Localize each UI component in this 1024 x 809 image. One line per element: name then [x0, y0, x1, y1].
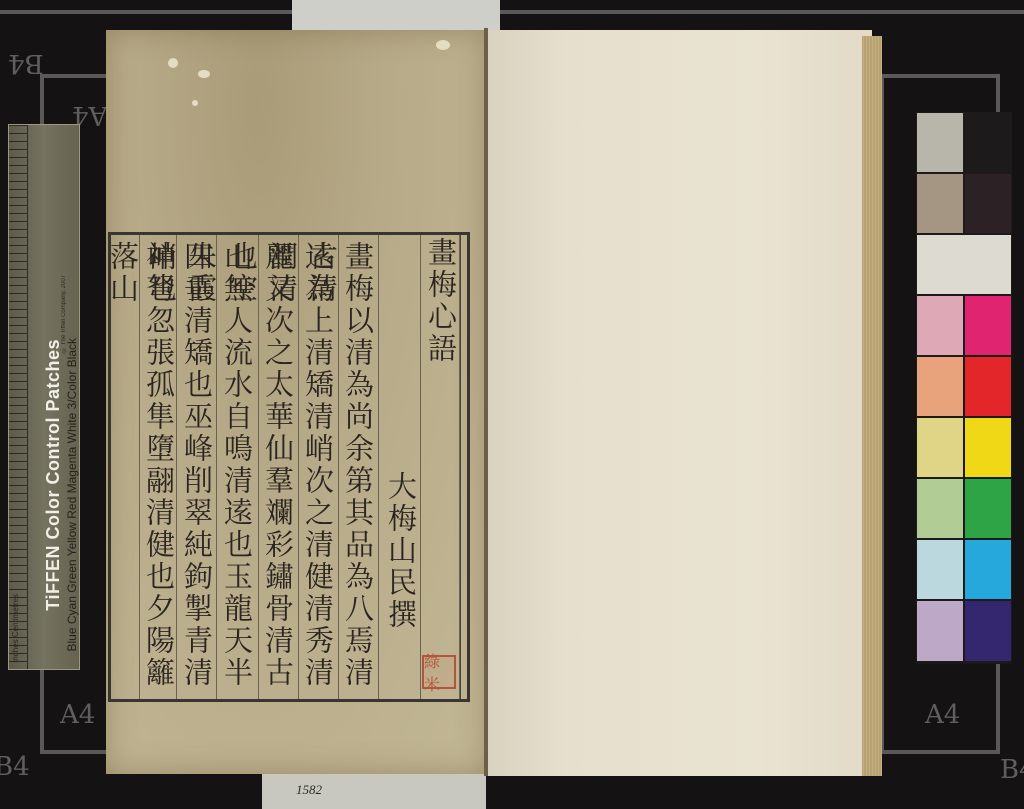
- backdrop-label: B4: [0, 752, 30, 782]
- color-patch: [964, 356, 1012, 417]
- color-patch: [964, 600, 1012, 662]
- color-patch: [916, 600, 964, 662]
- text-column: 麗又次之太華仙羣斕彩鏽骨清古也空: [260, 241, 296, 699]
- color-patch: [964, 295, 1012, 356]
- text-column: 山無人流水自鳴清逺也玉龍天半朱霞: [219, 241, 255, 699]
- ruler-brand: TiFFEN Color Control Patches: [43, 339, 64, 611]
- color-patch: [964, 539, 1012, 600]
- backdrop-label: A4: [60, 700, 95, 730]
- color-patch: [964, 173, 1012, 234]
- color-patch: [916, 539, 964, 600]
- red-seal-stamp: 綠米: [422, 655, 456, 689]
- page-stack-edge: [862, 36, 882, 776]
- text-frame: 畫梅心語 大梅山民撰 畫梅以清為尚余第其品為八焉清古清 逺為上清矯清峭次之清健清…: [108, 232, 470, 702]
- text-column: 神弩忽張孤隼墮翮清健也夕陽籬落山: [141, 241, 177, 699]
- ruler-units: Inches Centimetres: [11, 594, 20, 663]
- color-patch: [916, 356, 964, 417]
- color-patch: [964, 478, 1012, 539]
- backdrop-label: A4: [925, 700, 960, 730]
- backdrop-label: B4: [1000, 755, 1024, 785]
- backdrop-label: B4: [8, 48, 44, 78]
- ruler-ticks: [9, 125, 28, 669]
- text-column: 畫梅以清為尚余第其品為八焉清古清: [340, 241, 376, 699]
- paper-stain: [192, 100, 198, 106]
- text-column: 逺為上清矯清峭次之清健清秀清潤清: [300, 241, 336, 699]
- text-column: 畫梅心語: [423, 237, 459, 365]
- ruler-color-names: Blue Cyan Green Yellow Red Magenta White…: [65, 338, 79, 652]
- color-patch: [916, 112, 964, 173]
- color-patch: [916, 295, 964, 356]
- color-patch: [916, 417, 964, 478]
- backdrop-guide-top: [0, 10, 1024, 14]
- left-page: 畫梅心語 大梅山民撰 畫梅以清為尚余第其品為八焉清古清 逺為上清矯清峭次之清健清…: [106, 30, 486, 774]
- top-paper-strip: [292, 0, 500, 32]
- catalog-number: 1582: [296, 782, 322, 798]
- color-patch: [916, 234, 1012, 295]
- color-patch: [964, 417, 1012, 478]
- author-line: 大梅山民撰: [383, 471, 419, 631]
- right-page-blank: [488, 30, 872, 776]
- color-patch: [964, 112, 1012, 173]
- ruler-copyright: © The Tiffen Company, 2007: [61, 275, 67, 353]
- color-patch: [916, 173, 964, 234]
- paper-stain: [436, 40, 450, 50]
- text-column: 四垂清矯也巫峰削翠純鉤掣青清峭也: [179, 241, 215, 699]
- paper-stain: [168, 58, 178, 68]
- color-calibration-chart: [916, 112, 1012, 664]
- paper-stain: [198, 70, 210, 78]
- tiffen-color-ruler: TiFFEN Color Control Patches Blue Cyan G…: [8, 124, 80, 670]
- color-patch: [916, 478, 964, 539]
